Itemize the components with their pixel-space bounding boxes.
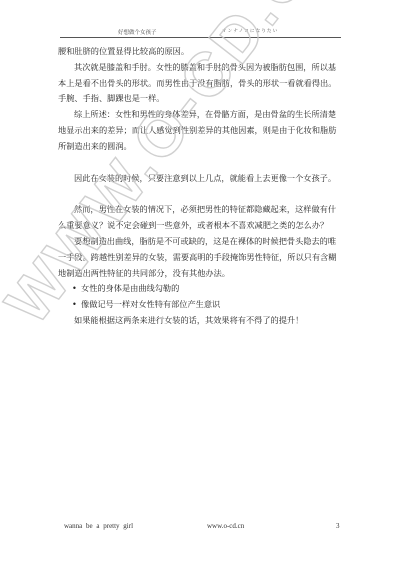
paragraph-however: 然而，男性在女装的情况下，必须把男性的特征都隐藏起来，这样做有什么重要意义？说不… [58, 202, 344, 234]
paragraph-knees-elbows: 其次就是膝盖和手肘。女性的膝盖和手肘的骨头因为被脂肪包围，所以基本上是看不出骨头… [58, 60, 344, 107]
paragraph-continuation: 腰和肚脐的位置显得比较高的原因。 [58, 44, 344, 60]
footer-url: www.o-cd.cn [207, 522, 244, 530]
paragraph-closing: 如果能根据这两条来进行女装的话，其效果将有不得了的提升！ [58, 313, 344, 329]
bullet-text: 女性的身体是由曲线勾勒的 [81, 283, 179, 293]
paragraph-summary: 综上所述：女性和男性的身体差异，在骨骼方面，是由骨盆的生长所清楚地显示出来的差异… [58, 107, 344, 154]
body-text: 腰和肚脐的位置显得比较高的原因。 其次就是膝盖和手肘。女性的膝盖和手肘的骨头因为… [58, 44, 344, 329]
paragraph-curves: 要想制造出曲线，脂肪是不可或缺的，这是在裸体的时候把骨头隐去的唯一手段。跨越性别… [58, 234, 344, 281]
bullet-icon: • [72, 297, 81, 313]
paragraph-conclusion: 因此在女装的时候，只要注意到以上几点，就能看上去更像一个女孩子。 [58, 171, 344, 187]
footer-tagline: wanna be a pretty girl [64, 522, 133, 530]
bullet-item: •女性的身体是由曲线勾勒的 [58, 281, 344, 297]
page-header: 好想做个女孩子 オンナノコになりたい [60, 25, 341, 38]
bullet-icon: • [72, 281, 81, 297]
bullet-text: 像做记号一样对女性特有部位产生意识 [81, 299, 220, 309]
document-page: 好想做个女孩子 オンナノコになりたい 腰和肚脐的位置显得比较高的原因。 其次就是… [0, 0, 400, 565]
spacer [58, 155, 344, 171]
header-title-japanese: オンナノコになりたい [222, 28, 278, 34]
spacer [58, 186, 344, 202]
page-footer: wanna be a pretty girl www.o-cd.cn 3 [0, 522, 400, 534]
header-title-chinese: 好想做个女孩子 [118, 28, 157, 36]
bullet-item: •像做记号一样对女性特有部位产生意识 [58, 297, 344, 313]
page-number: 3 [336, 522, 340, 530]
